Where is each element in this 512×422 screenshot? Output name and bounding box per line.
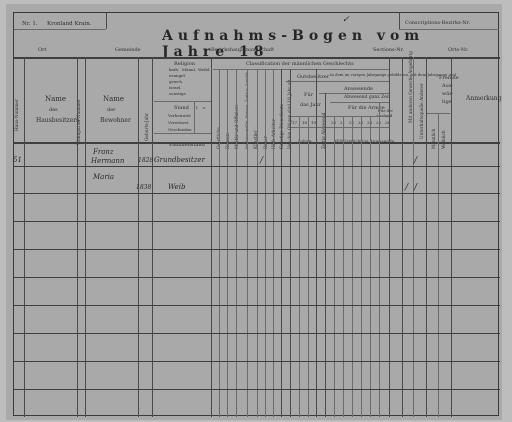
religion-row: kath. (169, 67, 179, 72)
extra-col: Unterhaltsquelle Anderer (420, 83, 425, 139)
col-line (227, 69, 228, 417)
col-line (85, 57, 86, 417)
bewohner-name: Hermann (91, 157, 124, 165)
col-line (236, 69, 237, 417)
stand-row: Verheiratet (168, 113, 191, 118)
col-line (152, 57, 153, 417)
col-haus-nummer: Haus-Nummer (15, 99, 20, 131)
religion-row: sonstige (169, 91, 186, 96)
row-line (14, 221, 500, 222)
col-line (77, 57, 78, 417)
col-line (299, 116, 300, 417)
col-geburtsjahr: Geburts-Jahr (145, 113, 150, 141)
fremde-sub: Männlich (432, 129, 437, 149)
bezirk-label: Bezirkshauptmannschaft (211, 47, 274, 53)
col-line (451, 57, 452, 417)
abwesend-title: Abwesend ganz Zeit (344, 95, 390, 100)
tick-mark: / (260, 156, 263, 166)
geburtsjahr-cell: 1838 (136, 184, 151, 191)
fur-das-jahr: das Jahr (300, 102, 321, 108)
divider (154, 133, 211, 134)
divider (399, 13, 400, 29)
orts-nr-label: Orts-Nr. (448, 47, 469, 53)
col-line (370, 116, 371, 417)
stand-col: l. (196, 105, 199, 110)
col-line (257, 69, 258, 417)
col-line (265, 69, 266, 417)
ort-label: Ort (38, 47, 47, 53)
col-line (389, 57, 390, 417)
bewohner-first: Maria (93, 173, 114, 181)
col-line (316, 69, 317, 417)
year-col: 18 (302, 120, 307, 125)
divider (154, 101, 211, 102)
row-line (14, 389, 500, 390)
col-line (379, 102, 380, 417)
col-line (361, 116, 362, 417)
page-title: Aufnahms-Bogen vom Jahre 18 (162, 28, 498, 60)
religion-col: Männl. (182, 67, 196, 72)
haus-nr-cell: 51 (13, 156, 22, 164)
religion-row: evangel. (169, 73, 186, 78)
divider (286, 81, 389, 82)
col-line (308, 116, 309, 417)
col-line (438, 113, 439, 417)
stand-cell: Weib (168, 183, 186, 191)
gutsherr-label: Gutsbesitzer (297, 74, 329, 80)
col-line (219, 69, 220, 417)
col-hausbesitzer-l1: Name (45, 95, 66, 103)
check-mark: ✓ (342, 15, 350, 25)
col-line (426, 57, 427, 417)
col-line (211, 57, 212, 417)
geburtsjahr-cell: 1828 (138, 157, 153, 164)
col-line (343, 116, 344, 417)
stand-row: Verwitwet (168, 120, 189, 125)
classification-title: Classification der männlichen Geschlecht… (246, 61, 354, 67)
anmerkung-label: Anmerkung (466, 95, 502, 102)
row-line (14, 249, 500, 250)
stand-row: Geschieden (168, 127, 192, 132)
col-hausbesitzer-l3: Hausbesitzers (36, 117, 79, 124)
col-hausbesitzer-l2: des (49, 107, 58, 113)
col-line (24, 57, 25, 417)
col-line (273, 69, 274, 417)
religion-row: griech. (169, 79, 183, 84)
row-line (14, 193, 500, 194)
col-line (247, 69, 248, 417)
fremde-sub: Weiblich (442, 130, 447, 149)
religion-row: israel. (169, 85, 182, 90)
col-bewohner-l3: Bewohner (100, 117, 131, 124)
tick-mark: / (414, 156, 417, 166)
col-line (281, 69, 282, 417)
form-number: Nr. 1. (22, 21, 38, 27)
col-bewohner-l2: der (107, 107, 116, 113)
section-label: Sections-Nr. (373, 47, 404, 53)
row-line (14, 166, 500, 167)
stand-title: Stand (174, 105, 189, 111)
col-line (352, 116, 353, 417)
census-form: Nr. 1. Kronland Krain. Aufnahms-Bogen vo… (13, 12, 499, 416)
tick-mark: / (405, 183, 408, 193)
stand-col: v. (203, 105, 206, 110)
divider (330, 102, 389, 103)
divider (319, 93, 389, 94)
gemeinde-label: Gemeinde (115, 47, 141, 53)
note-label: In dem im vorigen Jahrgange gebildeten, … (330, 72, 456, 77)
header-divider (14, 57, 500, 59)
col-line (413, 57, 414, 417)
divider (399, 29, 499, 30)
anwesend-label: Anwesende (344, 86, 373, 92)
row-line (14, 333, 500, 334)
col-bewohner-l1: Name (103, 95, 124, 103)
religion-col: Weibl. (198, 67, 211, 72)
year-col: 17 (292, 120, 297, 125)
divider (106, 13, 107, 29)
row-line (14, 305, 500, 306)
col-line (334, 116, 335, 417)
fur-das-jahr: Für (304, 92, 313, 98)
divider (289, 116, 389, 117)
divider (289, 127, 389, 128)
divider (14, 29, 106, 30)
bewohner-first: Franz (93, 148, 114, 156)
row-line (14, 277, 500, 278)
divider (194, 101, 195, 133)
col-line (325, 93, 326, 417)
col-line (290, 69, 291, 417)
stand-cell: Grundbesitzer (154, 156, 205, 164)
col-line (402, 57, 403, 417)
divider (213, 69, 389, 70)
row-line (14, 361, 500, 362)
col-line (138, 57, 139, 417)
region-label: Kronland Krain. (47, 21, 92, 27)
conscription-label: Conscriptions-Bezirks-Nr. (405, 20, 470, 26)
fremde-label: Fremde (439, 75, 459, 81)
tick-mark: / (414, 183, 417, 193)
